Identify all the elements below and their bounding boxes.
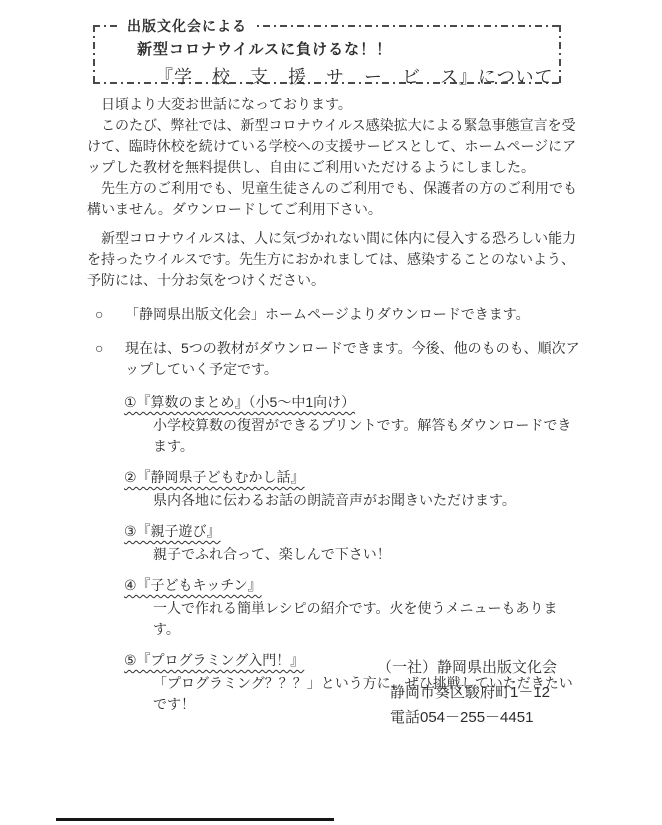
organization-address: 静岡市葵区駿府町1－12 [390,680,557,705]
letter-body: 日頃より大変お世話になっております。 このたび、弊社では、新型コロナウイルス感染… [87,94,584,725]
bullet-material-count: ○ 現在は、5つの教材がダウンロードできます。今後、他のものも、順次アップしてい… [87,338,584,380]
circle-bullet-icon: ○ [87,338,125,380]
material-item-1: ①『算数のまとめ』（小5～中1向け） 小学校算数の復習ができるプリントです。解答… [124,392,584,457]
bullet-text: 「静岡県出版文化会」ホームページよりダウンロードできます。 [125,304,584,325]
material-description: 小学校算数の復習ができるプリントです。解答もダウンロードできます。 [153,415,584,457]
material-title: ②『静岡県子どもむかし話』 [124,467,584,488]
scan-artifact-line [56,818,334,821]
material-description: 親子でふれ合って、楽しんで下さい！ [153,544,584,565]
paragraph-caution: 新型コロナウイルスは、人に気づかれない間に体内に侵入する恐ろしい能力を持ったウイ… [87,228,584,291]
material-item-2: ②『静岡県子どもむかし話』 県内各地に伝わるお話の朗読音声がお聞きいただけます。 [124,467,584,511]
circle-bullet-icon: ○ [87,304,125,325]
bullet-download-source: ○ 「静岡県出版文化会」ホームページよりダウンロードできます。 [87,304,584,325]
material-title: ③『親子遊び』 [124,521,584,542]
signature-block: （一社）静岡県出版文化会 静岡市葵区駿府町1－12 電話054－255－4451 [377,655,557,730]
header-box: 出版文化会による 新型コロナウイルスに負けるな！！ 『学 校 支 援 サ ー ビ… [93,25,561,84]
material-description: 一人で作れる簡単レシピの紹介です。火を使うメニューもあります。 [153,598,584,640]
material-item-4: ④『子どもキッチン』 一人で作れる簡単レシピの紹介です。火を使うメニューもありま… [124,575,584,640]
organization-name: （一社）静岡県出版文化会 [377,655,557,680]
paragraph-announcement: このたび、弊社では、新型コロナウイルス感染拡大による緊急事態宣言を受けて、臨時休… [87,115,584,178]
organization-phone: 電話054－255－4451 [390,705,557,730]
paragraph-usage: 先生方のご利用でも、児童生徒さんのご利用でも、保護者の方のご利用でも構いません。… [87,178,584,220]
paragraph-greeting: 日頃より大変お世話になっております。 [87,94,584,115]
document-page: 出版文化会による 新型コロナウイルスに負けるな！！ 『学 校 支 援 サ ー ビ… [0,0,662,825]
header-slogan: 新型コロナウイルスに負けるな！！ [137,38,561,59]
bullet-text: 現在は、5つの教材がダウンロードできます。今後、他のものも、順次アップしていく予… [125,338,584,380]
material-item-3: ③『親子遊び』 親子でふれ合って、楽しんで下さい！ [124,521,584,565]
header-box-legend: 出版文化会による [119,16,255,36]
material-title: ④『子どもキッチン』 [124,575,584,596]
document-title: 『学 校 支 援 サ ー ビ ス』について [155,63,561,89]
material-description: 県内各地に伝わるお話の朗読音声がお聞きいただけます。 [153,490,584,511]
material-title: ①『算数のまとめ』（小5～中1向け） [124,392,584,413]
